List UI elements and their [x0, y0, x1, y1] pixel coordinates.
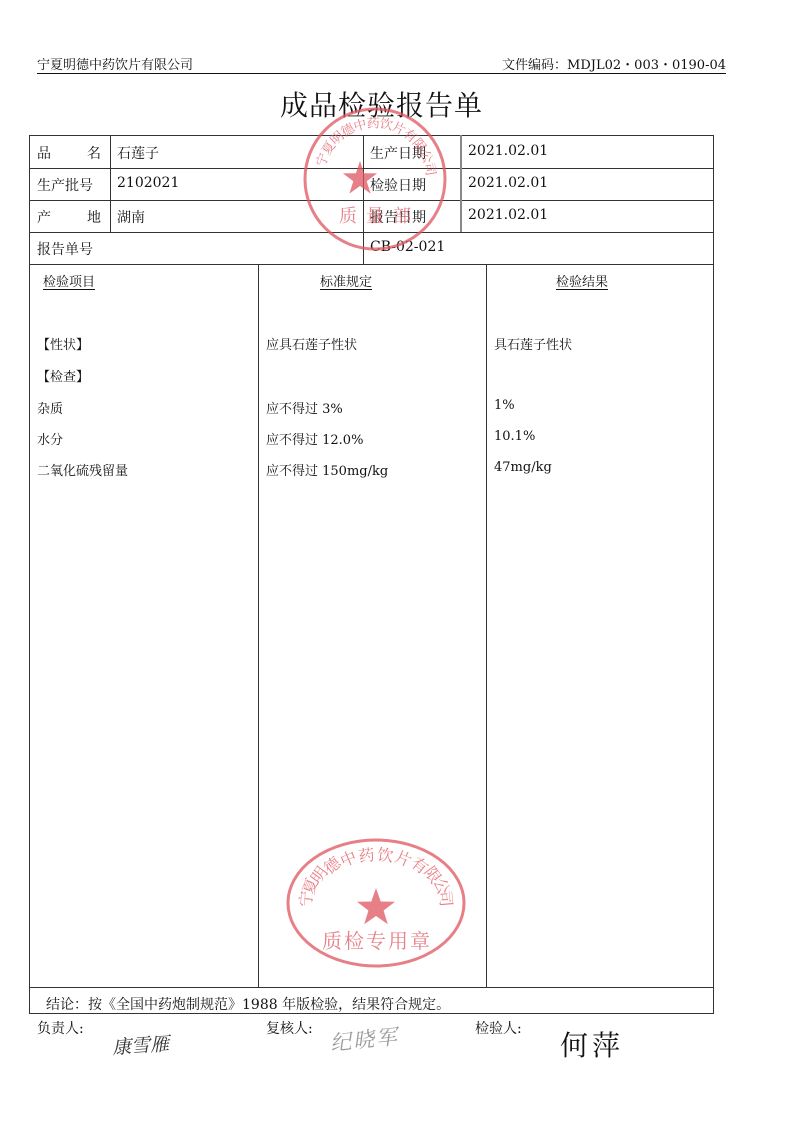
- inspector-signature: 何萍: [560, 1024, 624, 1064]
- label-char: 名: [87, 143, 101, 163]
- row-item: 【性状】: [37, 334, 89, 353]
- report-date-label: 报告日期: [370, 207, 426, 227]
- product-name-label: 品名: [37, 143, 101, 163]
- report-table: [29, 135, 714, 1014]
- col-header-result: 检验结果: [556, 271, 608, 290]
- row-divider: [29, 987, 714, 988]
- production-date-value: 2021.02.01: [468, 143, 548, 159]
- row-item: 【检查】: [37, 366, 89, 385]
- label-char: 产: [37, 207, 51, 227]
- reviewer-signature: 纪晓军: [329, 1020, 401, 1057]
- row-result: 1%: [494, 398, 515, 413]
- inspector-label: 检验人:: [475, 1018, 522, 1038]
- col-divider: [258, 264, 259, 987]
- col-divider: [486, 264, 487, 987]
- production-date-label: 生产日期: [370, 143, 426, 163]
- row-result: 具石莲子性状: [494, 334, 572, 353]
- header-divider: [37, 73, 726, 74]
- row-standard: 应不得过 3%: [266, 398, 343, 417]
- row-item: 杂质: [37, 398, 63, 417]
- reviewer-label: 复核人:: [266, 1018, 313, 1038]
- row-item: 水分: [37, 429, 63, 448]
- page-title: 成品检验报告单: [0, 84, 763, 124]
- responsible-signature: 康雪雁: [111, 1029, 170, 1060]
- row-item: 二氧化硫残留量: [37, 460, 128, 479]
- row-result: 10.1%: [494, 429, 535, 444]
- col-header-item: 检验项目: [43, 271, 95, 290]
- origin-label: 产地: [37, 207, 101, 227]
- batch-value: 2102021: [117, 175, 179, 191]
- col-divider: [110, 135, 111, 232]
- report-no-label: 报告单号: [37, 239, 93, 259]
- file-code-value: MDJL02・003・0190-04: [567, 58, 726, 73]
- col-divider: [460, 135, 462, 232]
- origin-value: 湖南: [117, 207, 145, 227]
- row-result: 47mg/kg: [494, 460, 552, 475]
- report-date-value: 2021.02.01: [468, 207, 548, 223]
- label-char: 品: [37, 143, 51, 163]
- col-header-standard: 标准规定: [320, 271, 372, 290]
- label-char: 地: [87, 207, 101, 227]
- file-code-label: 文件编码：: [502, 58, 567, 73]
- row-divider: [29, 200, 714, 201]
- row-divider: [29, 264, 714, 265]
- row-divider: [29, 168, 714, 169]
- report-no-value: CB-02-021: [370, 239, 445, 255]
- row-divider: [29, 232, 714, 233]
- inspection-date-label: 检验日期: [370, 175, 426, 195]
- row-standard: 应不得过 12.0%: [266, 429, 363, 448]
- row-standard: 应具石莲子性状: [266, 334, 357, 353]
- row-standard: 应不得过 150mg/kg: [266, 460, 388, 479]
- product-name-value: 石莲子: [117, 143, 159, 163]
- responsible-label: 负责人:: [37, 1018, 84, 1038]
- col-divider: [363, 135, 364, 264]
- company-name: 宁夏明德中药饮片有限公司: [37, 54, 193, 73]
- file-code: 文件编码：MDJL02・003・0190-04: [502, 54, 726, 73]
- inspection-date-value: 2021.02.01: [468, 175, 548, 191]
- batch-label: 生产批号: [37, 175, 93, 195]
- conclusion: 结论：按《全国中药炮制规范》1988 年版检验，结果符合规定。: [46, 994, 450, 1014]
